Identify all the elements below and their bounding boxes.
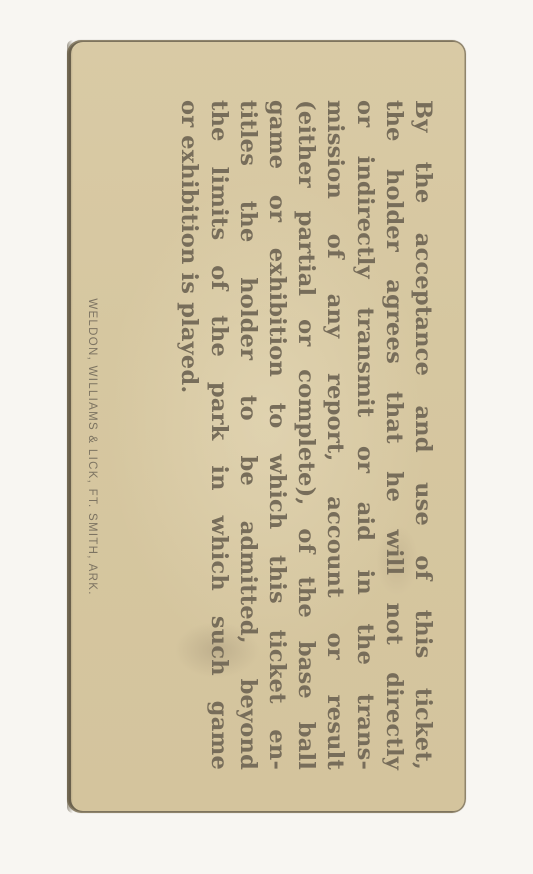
scanned-ticket-image: By the acceptance and use of this ticket… xyxy=(0,0,533,874)
terms-line-4: mission of any report, account or result xyxy=(320,100,349,770)
terms-line-5: (either partial or complete), of the bas… xyxy=(291,100,320,770)
terms-line-6: game or exhibition to which this ticket … xyxy=(262,100,291,770)
terms-line-8: the limits of the park in which such gam… xyxy=(204,100,233,770)
printer-imprint: WELDON, WILLIAMS & LICK, FT. SMITH, ARK. xyxy=(84,232,100,662)
terms-line-9: or exhibition is played. xyxy=(174,100,203,770)
terms-line-3: or indirectly transmit or aid in the tra… xyxy=(349,100,378,770)
terms-line-7: titles the holder to be admitted, beyond xyxy=(233,100,262,770)
terms-line-2: the holder agrees that he will not direc… xyxy=(379,100,408,770)
ticket-terms-text: By the acceptance and use of this ticket… xyxy=(175,100,437,770)
ticket-card: By the acceptance and use of this ticket… xyxy=(67,40,466,813)
terms-line-1: By the acceptance and use of this ticket… xyxy=(408,100,437,770)
